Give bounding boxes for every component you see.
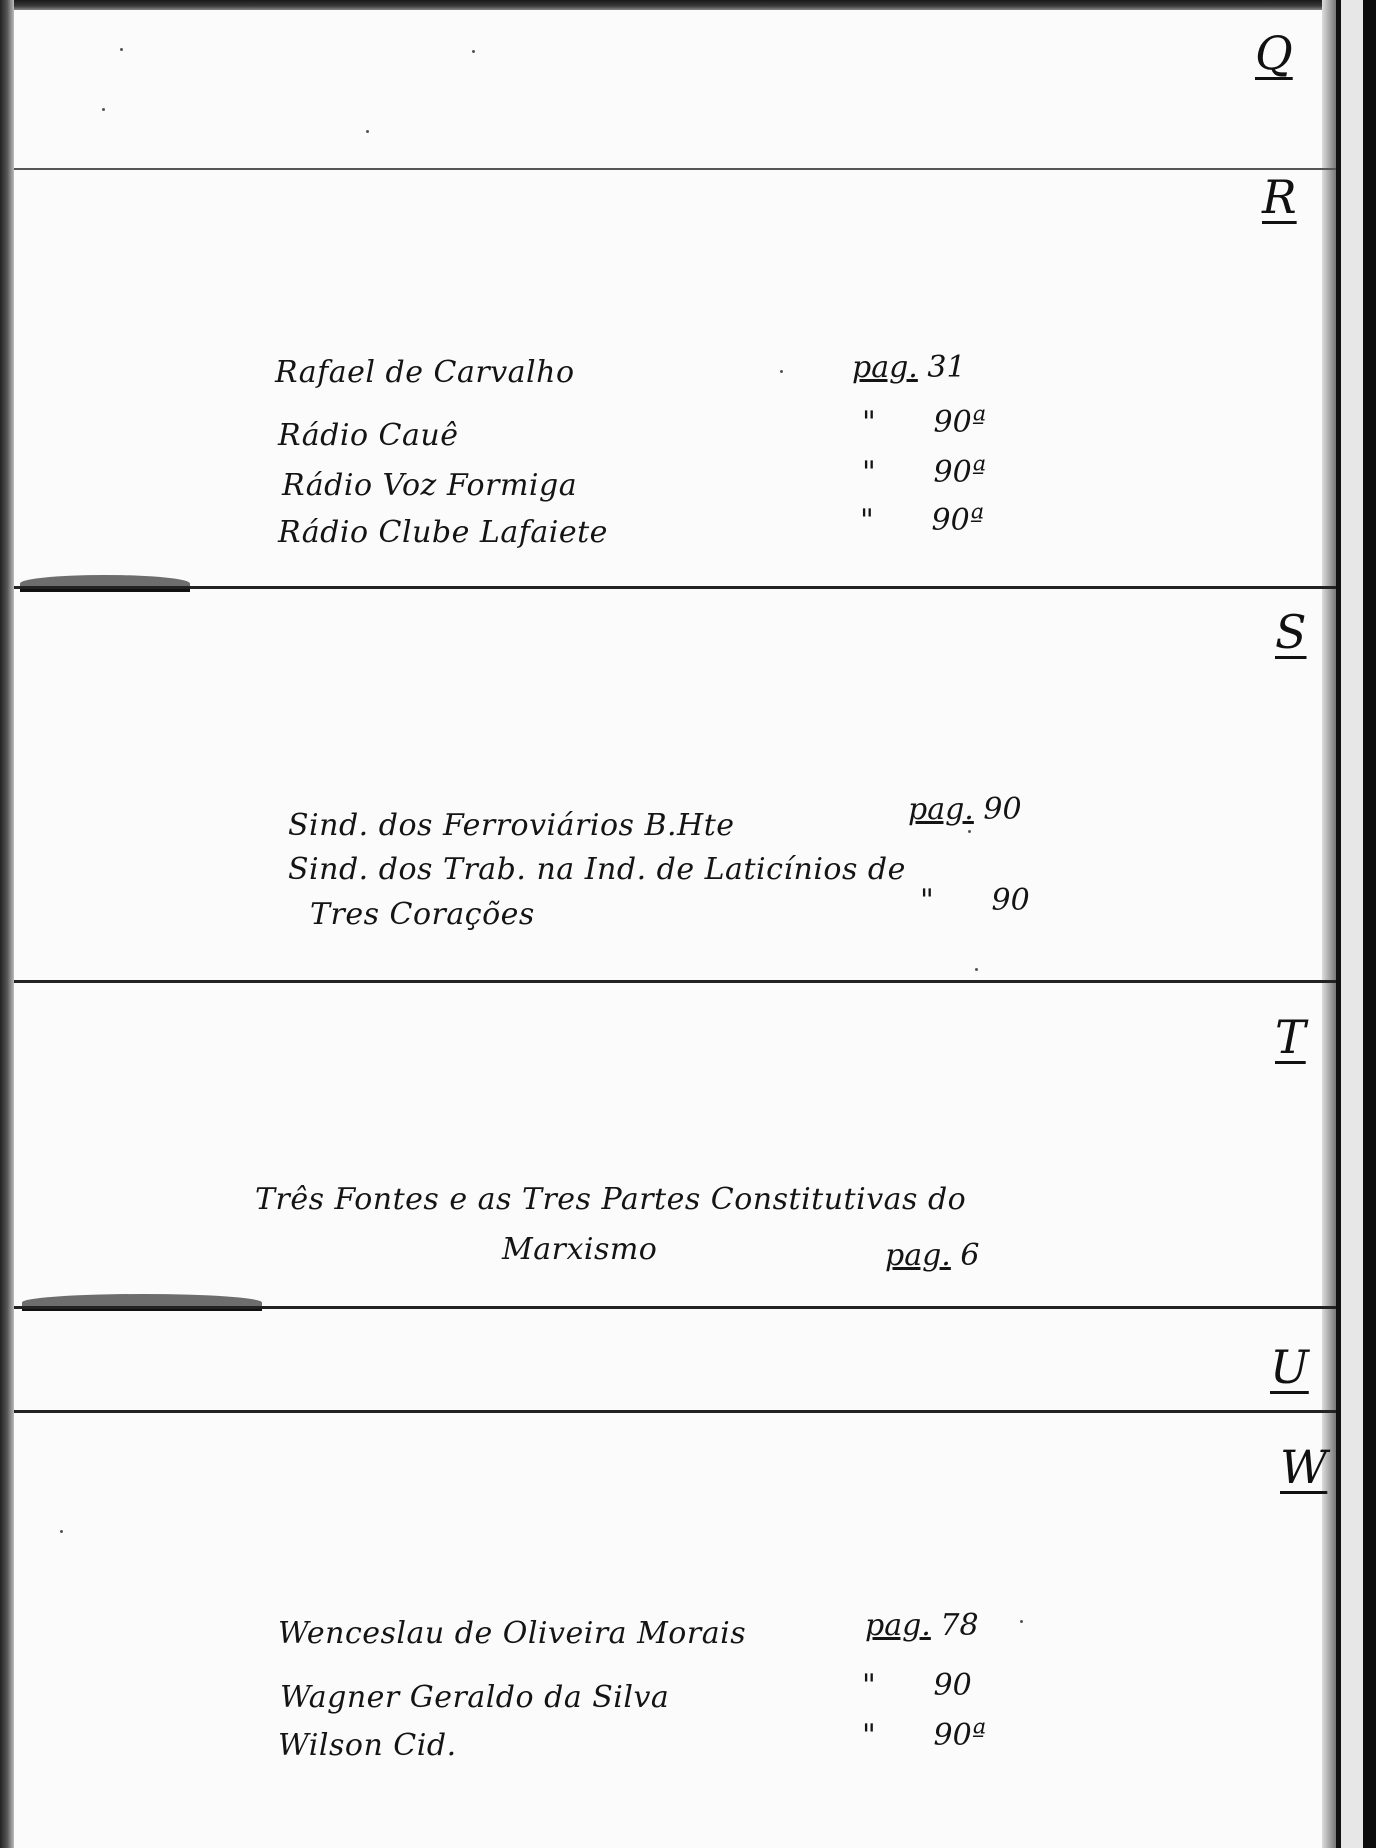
scan-edge-right-shadow xyxy=(1322,0,1336,1848)
card-divider xyxy=(14,586,1336,589)
index-entry: Wenceslau de Oliveira Morais xyxy=(278,1616,746,1651)
index-entry-continuation: Tres Corações xyxy=(310,897,535,932)
index-entry: Rádio Cauê xyxy=(278,418,458,453)
section-letter-w: W xyxy=(1280,1440,1327,1494)
ref-prefix: " xyxy=(862,1718,924,1753)
scan-speck xyxy=(60,1530,63,1533)
index-entry: Rádio Voz Formiga xyxy=(282,468,577,503)
ref-prefix: pag. xyxy=(865,1608,931,1643)
section-letter-s: S xyxy=(1275,605,1307,659)
card-divider xyxy=(14,980,1336,983)
scan-edge-right-black xyxy=(1363,0,1376,1848)
scan-speck xyxy=(780,370,783,373)
ref-page: 90ª xyxy=(934,405,986,440)
section-letter-r: R xyxy=(1262,170,1297,224)
ref-prefix: pag. xyxy=(852,350,918,385)
ref-page: 90ª xyxy=(932,503,984,538)
page-reference: pag. 78 xyxy=(865,1608,979,1643)
scanned-page: Q R Rafael de Carvalho pag. 31 Rádio Cau… xyxy=(0,0,1376,1848)
section-letter-u: U xyxy=(1270,1340,1309,1394)
ref-page: 90 xyxy=(992,883,1030,918)
ref-page: 90 xyxy=(983,792,1021,827)
page-reference: pag. 6 xyxy=(885,1238,979,1273)
page-reference: " 90 xyxy=(862,1668,972,1703)
index-entry: Sind. dos Ferroviários B.Hte xyxy=(288,808,735,843)
ref-page: 90ª xyxy=(934,1718,986,1753)
index-entry: Sind. dos Trab. na Ind. de Laticínios de xyxy=(288,852,906,887)
scan-speck xyxy=(472,50,475,53)
scan-speck xyxy=(975,968,978,971)
index-entry: Wagner Geraldo da Silva xyxy=(280,1680,669,1715)
ref-page: 90ª xyxy=(934,455,986,490)
scan-speck xyxy=(968,830,971,833)
section-letter-q: Q xyxy=(1255,26,1293,80)
ref-prefix: " xyxy=(860,503,922,538)
ref-page: 78 xyxy=(940,1608,978,1643)
scan-edge-left xyxy=(0,0,14,1848)
index-entry: Três Fontes e as Tres Partes Constitutiv… xyxy=(255,1182,966,1217)
ref-prefix: pag. xyxy=(885,1238,951,1273)
scan-edge-right-strip xyxy=(1341,0,1363,1848)
section-letter-t: T xyxy=(1275,1010,1306,1064)
scan-speck xyxy=(1020,1620,1023,1623)
page-reference: " 90ª xyxy=(862,1718,986,1753)
card-divider xyxy=(14,1306,1336,1309)
scan-speck xyxy=(120,48,123,51)
ref-prefix: pag. xyxy=(908,792,974,827)
ref-prefix: " xyxy=(862,455,924,490)
ref-prefix: " xyxy=(862,405,924,440)
scan-speck xyxy=(102,108,105,111)
scan-speck xyxy=(366,130,369,133)
card-divider xyxy=(14,1410,1336,1413)
index-entry: Wilson Cid. xyxy=(278,1728,457,1763)
page-reference: " 90 xyxy=(920,883,1030,918)
index-entry: Rádio Clube Lafaiete xyxy=(278,515,608,550)
index-entry-continuation: Marxismo xyxy=(502,1232,657,1267)
ref-prefix: " xyxy=(920,883,982,918)
page-reference: " 90ª xyxy=(860,503,984,538)
page-reference: " 90ª xyxy=(862,405,986,440)
ref-page: 90 xyxy=(934,1668,972,1703)
page-reference: pag. 31 xyxy=(852,350,966,385)
scan-edge-top xyxy=(0,0,1376,10)
ref-prefix: " xyxy=(862,1668,924,1703)
curled-card-edge xyxy=(20,575,190,592)
ref-page: 6 xyxy=(960,1238,979,1273)
card-divider xyxy=(14,168,1336,170)
index-entry: Rafael de Carvalho xyxy=(275,355,575,390)
page-reference: " 90ª xyxy=(862,455,986,490)
ref-page: 31 xyxy=(927,350,965,385)
page-reference: pag. 90 xyxy=(908,792,1022,827)
